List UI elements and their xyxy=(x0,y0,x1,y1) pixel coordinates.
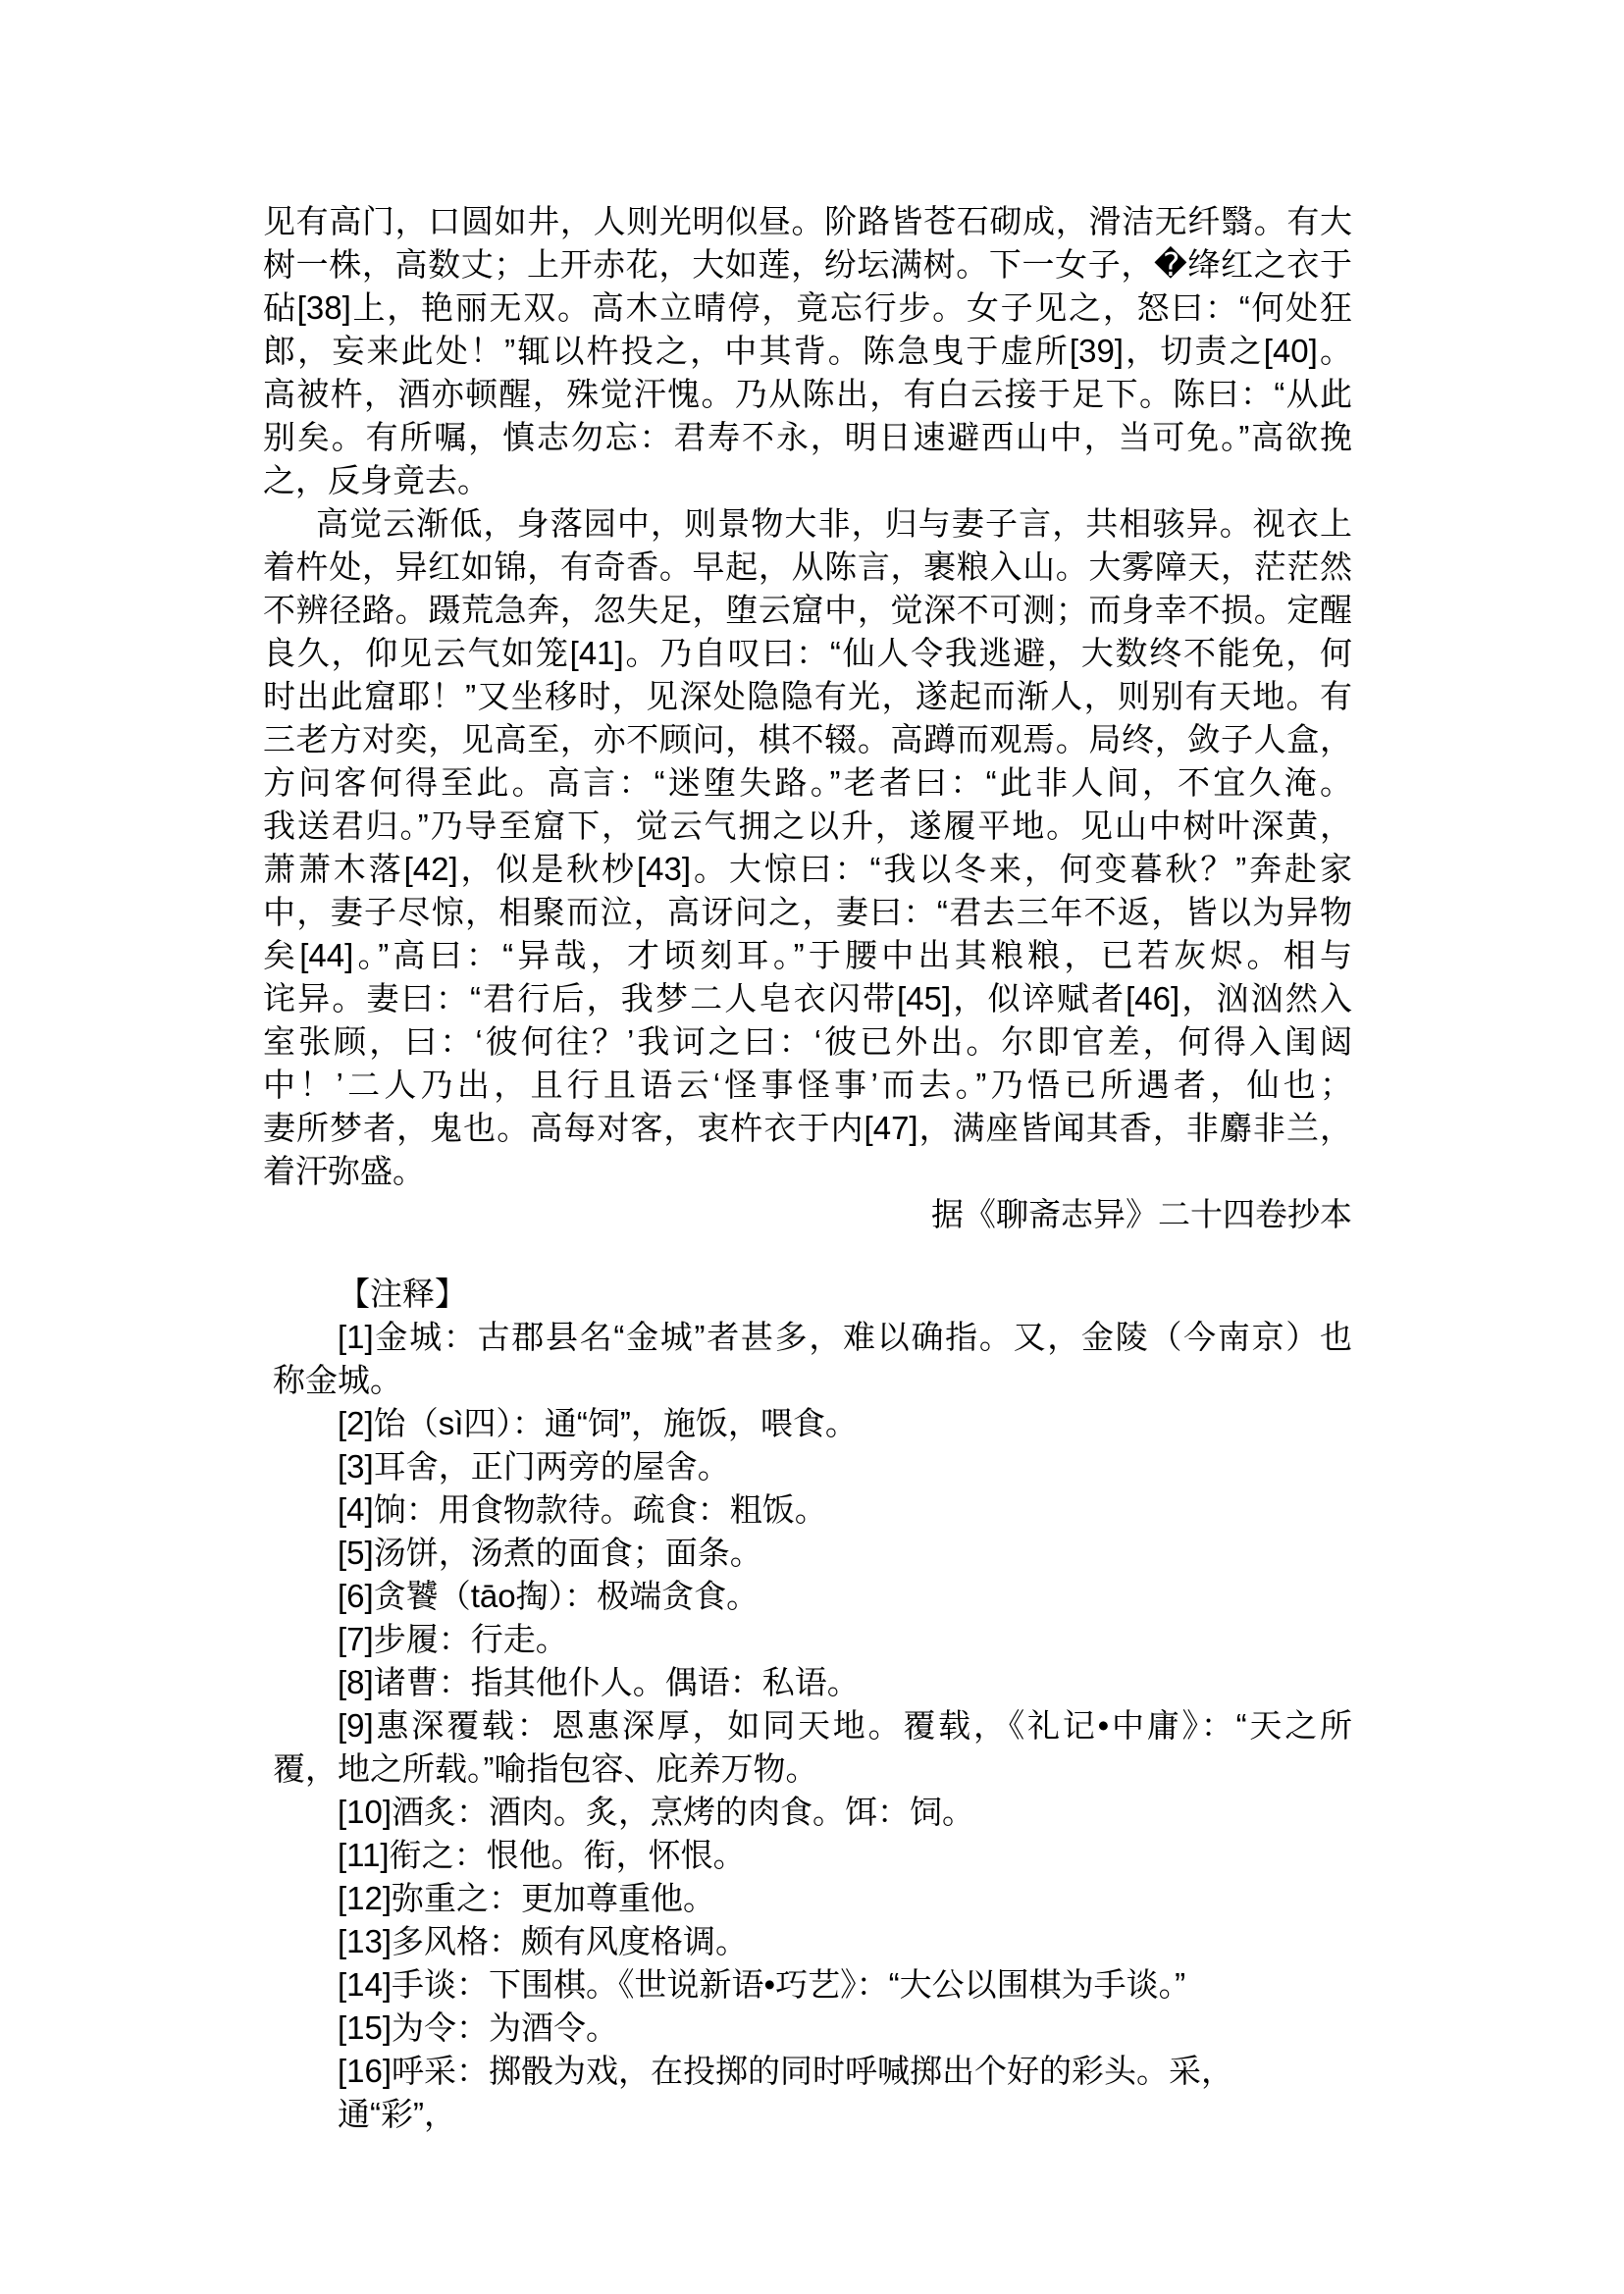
note-item: [7]步履：行走。 xyxy=(273,1618,1352,1661)
note-item: [16]呼采：掷骰为戏，在投掷的同时呼喊掷出个好的彩头。采，通“彩”， xyxy=(273,2050,1352,2093)
text-line: 着汗弥盛。 xyxy=(263,1150,1352,1193)
note-item: [12]弥重之：更加尊重他。 xyxy=(273,1877,1352,1920)
text-line: [1]金城：古郡县名“金城”者甚多，难以确指。又，金陵（今南京）也 xyxy=(273,1316,1352,1359)
text-line: 方问客何得至此。高言：“迷堕失路。”老者曰：“此非人间，不宜久淹。 xyxy=(263,761,1352,805)
text-line: [2]饴（sì四）：通“饲”，施饭，喂食。 xyxy=(273,1402,1352,1445)
note-item: [10]酒炙：酒肉。炙，烹烤的肉食。饵：饲。 xyxy=(273,1791,1352,1834)
text-line: [6]贪饕（tāo掏）：极端贪食。 xyxy=(273,1575,1352,1618)
text-line: [8]诸曹：指其他仆人。偶语：私语。 xyxy=(273,1661,1352,1704)
note-item: [15]为令：为酒令。 xyxy=(273,2007,1352,2050)
text-line: 时出此窟耶！”又坐移时，见深处隐隐有光，遂起而渐人，则别有天地。有 xyxy=(263,675,1352,718)
text-line: [12]弥重之：更加尊重他。 xyxy=(273,1877,1352,1920)
text-line: 三老方对奕，见高至，亦不顾问，棋不辍。高蹲而观焉。局终，敛子人盒， xyxy=(263,718,1352,761)
text-line: [14]手谈：下围棋。《世说新语•巧艺》：“大公以围棋为手谈。” xyxy=(273,1963,1352,2007)
text-line: [3]耳舍，正门两旁的屋舍。 xyxy=(273,1445,1352,1488)
text-line: 我送君归。”乃导至窟下，觉云气拥之以升，遂履平地。见山中树叶深黄， xyxy=(263,805,1352,848)
text-line: [10]酒炙：酒肉。炙，烹烤的肉食。饵：饲。 xyxy=(273,1791,1352,1834)
text-line: 室张顾，曰：‘彼何往？’我诃之曰：‘彼已外出。尔即官差，何得入闺闼 xyxy=(263,1020,1352,1064)
text-line: 见有高门，口圆如井，人则光明似昼。阶路皆苍石砌成，滑洁无纤翳。有大 xyxy=(263,200,1352,243)
story-paragraph-1: 见有高门，口圆如井，人则光明似昼。阶路皆苍石砌成，滑洁无纤翳。有大树一株，高数丈… xyxy=(263,200,1352,502)
text-line: 诧异。妻曰：“君行后，我梦二人皂衣闪带[45]，似谇赋者[46]，汹汹然入 xyxy=(263,977,1352,1020)
note-item: [1]金城：古郡县名“金城”者甚多，难以确指。又，金陵（今南京）也称金城。 xyxy=(273,1316,1352,1402)
text-line: 妻所梦者，鬼也。高每对客，衷杵衣于内[47]，满座皆闻其香，非麝非兰， xyxy=(263,1107,1352,1150)
annotations-section: 【注释】 [1]金城：古郡县名“金城”者甚多，难以确指。又，金陵（今南京）也称金… xyxy=(263,1273,1352,2093)
note-item: [6]贪饕（tāo掏）：极端贪食。 xyxy=(273,1575,1352,1618)
text-block: 见有高门，口圆如井，人则光明似昼。阶路皆苍石砌成，滑洁无纤翳。有大树一株，高数丈… xyxy=(263,200,1352,2093)
text-line: 着杵处，异红如锦，有奇香。早起，从陈言，裹粮入山。大雾障天，茫茫然 xyxy=(263,546,1352,589)
text-line: 矣[44]。”高曰：“异哉，才顷刻耳。”于腰中出其粮粮，已若灰烬。相与 xyxy=(263,934,1352,977)
text-line: 中，妻子尽惊，相聚而泣，高讶问之，妻曰：“君去三年不返，皆以为异物 xyxy=(263,891,1352,934)
text-line: [4]饷：用食物款待。疏食：粗饭。 xyxy=(273,1488,1352,1532)
text-line: [13]多风格：颇有风度格调。 xyxy=(273,1920,1352,1963)
document-page: 见有高门，口圆如井，人则光明似昼。阶路皆苍石砌成，滑洁无纤翳。有大树一株，高数丈… xyxy=(0,0,1624,2294)
text-line: 萧萧木落[42]，似是秋杪[43]。大惊曰：“我以冬来，何变暮秋？”奔赴家 xyxy=(263,848,1352,891)
note-item: [2]饴（sì四）：通“饲”，施饭，喂食。 xyxy=(273,1402,1352,1445)
text-line: 郎，妄来此处！”辄以杵投之，中其背。陈急曳于虚所[39]，切责之[40]。 xyxy=(263,330,1352,373)
text-line: 砧[38]上，艳丽无双。高木立晴停，竟忘行步。女子见之，怒曰：“何处狂 xyxy=(263,287,1352,330)
note-item: [13]多风格：颇有风度格调。 xyxy=(273,1920,1352,1963)
note-item: [4]饷：用食物款待。疏食：粗饭。 xyxy=(273,1488,1352,1532)
annotations-list: [1]金城：古郡县名“金城”者甚多，难以确指。又，金陵（今南京）也称金城。[2]… xyxy=(273,1316,1352,2093)
text-line: 称金城。 xyxy=(273,1359,1352,1402)
note-item: [14]手谈：下围棋。《世说新语•巧艺》：“大公以围棋为手谈。” xyxy=(273,1963,1352,2007)
text-line: [11]衔之：恨他。衔，怀恨。 xyxy=(273,1834,1352,1877)
text-line: 高被杵，酒亦顿醒，殊觉汗愧。乃从陈出，有白云接于足下。陈曰：“从此 xyxy=(263,373,1352,416)
text-line: 中！’二人乃出，且行且语云‘怪事怪事’而去。”乃悟已所遇者，仙也； xyxy=(263,1064,1352,1107)
text-line: [16]呼采：掷骰为戏，在投掷的同时呼喊掷出个好的彩头。采，通“彩”， xyxy=(273,2050,1352,2093)
note-item: [9]惠深覆载：恩惠深厚，如同天地。覆载，《礼记•中庸》：“天之所覆，地之所载。… xyxy=(273,1704,1352,1791)
text-line: [15]为令：为酒令。 xyxy=(273,2007,1352,2050)
note-item: [3]耳舍，正门两旁的屋舍。 xyxy=(273,1445,1352,1488)
story-text: 见有高门，口圆如井，人则光明似昼。阶路皆苍石砌成，滑洁无纤翳。有大树一株，高数丈… xyxy=(263,200,1352,1236)
text-line: 高觉云渐低，身落园中，则景物大非，归与妻子言，共相骇异。视衣上 xyxy=(263,502,1352,546)
text-line: [7]步履：行走。 xyxy=(273,1618,1352,1661)
text-line: 别矣。有所嘱，慎志勿忘：君寿不永，明日速避西山中，当可免。”高欲挽 xyxy=(263,416,1352,459)
note-item: [8]诸曹：指其他仆人。偶语：私语。 xyxy=(273,1661,1352,1704)
note-item: [5]汤饼，汤煮的面食；面条。 xyxy=(273,1532,1352,1575)
source-attribution: 据《聊斋志异》二十四卷抄本 xyxy=(263,1193,1352,1236)
annotations-header: 【注释】 xyxy=(273,1273,1352,1316)
text-line: [9]惠深覆载：恩惠深厚，如同天地。覆载，《礼记•中庸》：“天之所 xyxy=(273,1704,1352,1747)
text-line: 覆，地之所载。”喻指包容、庇养万物。 xyxy=(273,1747,1352,1791)
text-line: 良久，仰见云气如笼[41]。乃自叹曰：“仙人令我逃避，大数终不能免，何 xyxy=(263,632,1352,675)
text-line: [5]汤饼，汤煮的面食；面条。 xyxy=(273,1532,1352,1575)
note-item: [11]衔之：恨他。衔，怀恨。 xyxy=(273,1834,1352,1877)
story-paragraph-2: 高觉云渐低，身落园中，则景物大非，归与妻子言，共相骇异。视衣上着杵处，异红如锦，… xyxy=(263,502,1352,1193)
text-line: 树一株，高数丈；上开赤花，大如莲，纷坛满树。下一女子，�绛红之衣于 xyxy=(263,243,1352,287)
text-line: 不辨径路。蹑荒急奔，忽失足，堕云窟中，觉深不可测；而身幸不损。定醒 xyxy=(263,589,1352,632)
text-line: 之，反身竟去。 xyxy=(263,459,1352,502)
